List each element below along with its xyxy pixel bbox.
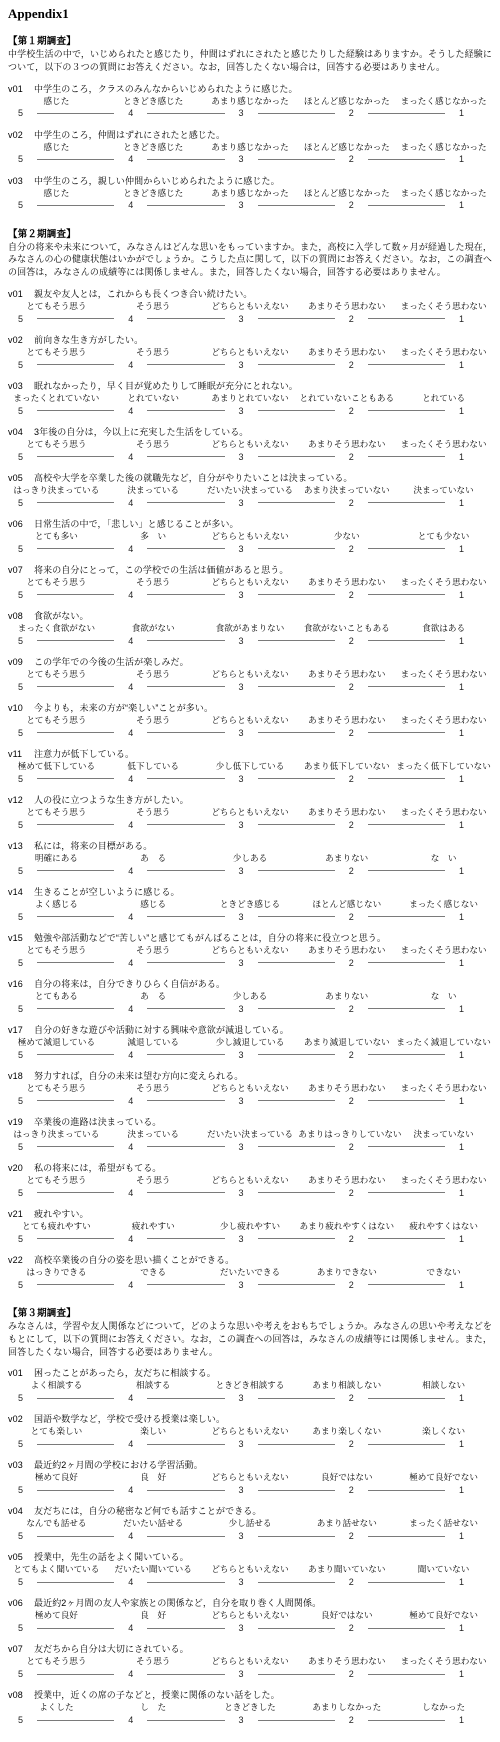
answer-option-label: どちらともいえない [202, 1656, 299, 1668]
answer-option-label: ときどき感じた [105, 142, 202, 154]
scale-line [37, 1146, 114, 1147]
answer-option-label: な い [395, 853, 492, 865]
rating-scale-row: 54321 [8, 450, 492, 463]
answer-labels-row: はっきり決まっている決まっているだいたい決まっているあまり決まっていない決まって… [8, 485, 492, 497]
question-block: v07友だちから自分は大切にされている。とてもそう思うそう思うどちらともいえない… [8, 1643, 492, 1680]
scale-number: 3 [239, 108, 244, 118]
question-text: 私の将来には，希望がもてる。 [34, 1163, 161, 1173]
scale-line [258, 640, 335, 641]
scale-number: 1 [459, 1280, 464, 1290]
rating-scale-row: 54321 [8, 864, 492, 877]
question-text: 注意力が低下している。 [34, 749, 134, 759]
answer-option-label: はっきりできる [8, 1267, 105, 1279]
answer-option-label: 感じた [8, 142, 105, 154]
scale-number: 3 [239, 1234, 244, 1244]
question-text: 授業中，先生の話をよく聞いている。 [34, 1552, 189, 1562]
scale-number: 4 [128, 866, 133, 876]
answer-option-label: どちらともいえない [202, 1472, 299, 1484]
scale-number: 1 [459, 1234, 464, 1244]
question-text: 高校や大学を卒業した後の就職先など，自分がやりたいことは決まっている。 [34, 473, 353, 483]
scale-line [37, 1444, 114, 1445]
scale-number: 5 [18, 728, 23, 738]
answer-option-label: できない [395, 1267, 492, 1279]
question-text: 日常生活の中で，「悲しい」と感じることが多い。 [34, 519, 239, 529]
question-id: v20 [8, 1162, 34, 1174]
answer-option-label: まったくそう思わない [395, 347, 492, 359]
scale-line [258, 1490, 335, 1491]
question-line: v08授業中，近くの席の子などと，授業に関係のない話をした。 [8, 1689, 492, 1701]
scale-line [37, 410, 114, 411]
scale-line [37, 1536, 114, 1537]
question-id: v07 [8, 564, 34, 576]
rating-scale-row: 54321 [8, 1002, 492, 1015]
question-block: v03中学生のころ，親しい仲間からいじめられたように感じた。感じたときどき感じた… [8, 175, 492, 212]
scale-number: 1 [459, 108, 464, 118]
scale-line [37, 1720, 114, 1721]
rating-scale-row: 54321 [8, 542, 492, 555]
scale-line [368, 113, 445, 114]
answer-option-label: まったくそう思わない [395, 669, 492, 681]
rating-scale-row: 54321 [8, 358, 492, 371]
scale-line [37, 205, 114, 206]
answer-option-label: 少し低下している [202, 761, 299, 773]
answer-option-label: どちらともいえない [202, 531, 299, 543]
scale-number: 1 [459, 498, 464, 508]
answer-option-label: よく相談する [8, 1380, 105, 1392]
answer-labels-row: 極めて低下している低下している少し低下しているあまり低下していないまったく低下し… [8, 761, 492, 773]
scale-number: 4 [128, 154, 133, 164]
scale-number: 1 [459, 912, 464, 922]
question-text: 3年後の自分は，今以上に充実した生活をしている。 [34, 427, 248, 437]
scale-number: 3 [239, 1485, 244, 1495]
scale-number: 1 [459, 314, 464, 324]
question-block: v11注意力が低下している。極めて低下している低下している少し低下しているあまり… [8, 748, 492, 785]
rating-scale-row: 54321 [8, 956, 492, 969]
answer-labels-row: まったくとれていないとれていないあまりとれていないとれていないこともあるとれてい… [8, 393, 492, 405]
scale-number: 2 [349, 544, 354, 554]
answer-labels-row: 極めて減退している減退している少し減退しているあまり減退していないまったく減退し… [8, 1037, 492, 1049]
scale-line [258, 502, 335, 503]
scale-number: 3 [239, 1669, 244, 1679]
question-text: 自分の将来は，自分できりひらく自信がある。 [34, 979, 225, 989]
scale-number: 1 [459, 636, 464, 646]
question-line: v16自分の将来は，自分できりひらく自信がある。 [8, 978, 492, 990]
scale-number: 2 [349, 636, 354, 646]
scale-number: 4 [128, 1142, 133, 1152]
answer-option-label: とてもそう思う [8, 1656, 105, 1668]
answer-labels-row: 極めて良好良 好どちらともいえない良好ではない極めて良好でない [8, 1610, 492, 1622]
scale-line [258, 1054, 335, 1055]
question-line: v05授業中，先生の話をよく聞いている。 [8, 1551, 492, 1563]
scale-number: 2 [349, 820, 354, 830]
answer-option-label: 良 好 [105, 1472, 202, 1484]
answer-option-label: そう思う [105, 807, 202, 819]
scale-number: 5 [18, 406, 23, 416]
scale-number: 3 [239, 1623, 244, 1633]
question-id: v12 [8, 794, 34, 806]
scale-line [37, 1054, 114, 1055]
scale-number: 5 [18, 1188, 23, 1198]
scale-number: 4 [128, 1439, 133, 1449]
scale-number: 5 [18, 200, 23, 210]
answer-labels-row: 感じたときどき感じたあまり感じなかったほとんど感じなかったまったく感じなかった [8, 142, 492, 154]
scale-number: 1 [459, 1669, 464, 1679]
scale-number: 2 [349, 200, 354, 210]
question-text: 困ったことがあったら，友だちに相談する。 [34, 1368, 216, 1378]
question-block: v02国語や数学など，学校で受ける授業は楽しい。とても楽しい楽しいどちらともいえ… [8, 1413, 492, 1450]
scale-line [258, 410, 335, 411]
scale-number: 2 [349, 108, 354, 118]
scale-number: 3 [239, 958, 244, 968]
scale-number: 3 [239, 544, 244, 554]
question-text: 生きることが空しいように感じる。 [34, 887, 180, 897]
answer-option-label: とてもそう思う [8, 807, 105, 819]
scale-number: 2 [349, 1142, 354, 1152]
scale-number: 3 [239, 1715, 244, 1725]
scale-number: 2 [349, 314, 354, 324]
answer-option-label: あまりそう思わない [298, 669, 395, 681]
answer-option-label: まったくそう思わない [395, 577, 492, 589]
scale-line [147, 113, 224, 114]
scale-line [258, 1008, 335, 1009]
scale-line [258, 1674, 335, 1675]
scale-number: 1 [459, 1623, 464, 1633]
answer-option-label: 食欲がないこともある [298, 623, 395, 635]
answer-option-label: とても楽しい [8, 1426, 105, 1438]
scale-number: 5 [18, 1531, 23, 1541]
answer-option-label: あまりそう思わない [298, 301, 395, 313]
answer-labels-row: とてもそう思うそう思うどちらともいえないあまりそう思わないまったくそう思わない [8, 1175, 492, 1187]
scale-line [37, 916, 114, 917]
scale-number: 2 [349, 1004, 354, 1014]
question-text: 友だちから自分は大切にされている。 [34, 1644, 189, 1654]
question-text: 勉強や部活動などで“苦しい”と感じてもがんばることは，自分の将来に役立つと思う。 [34, 933, 386, 943]
answer-option-label: そう思う [105, 577, 202, 589]
scale-line [37, 318, 114, 319]
scale-number: 1 [459, 1004, 464, 1014]
scale-number: 2 [349, 1096, 354, 1106]
answer-option-label: 良好ではない [298, 1610, 395, 1622]
answer-option-label: あまり感じなかった [202, 96, 299, 108]
answer-option-label: なんでも話せる [8, 1518, 105, 1530]
question-text: 中学生のころ，親しい仲間からいじめられたように感じた。 [34, 176, 280, 186]
rating-scale-row: 54321 [8, 726, 492, 739]
scale-number: 1 [459, 866, 464, 876]
scale-line [37, 364, 114, 365]
scale-number: 5 [18, 1577, 23, 1587]
scale-number: 2 [349, 1280, 354, 1290]
answer-option-label: まったく感じない [395, 899, 492, 911]
document-page: Appendix1 【第１期調査】中学校生活の中で，いじめられたと感じたり，仲間… [0, 0, 500, 1738]
question-line: v02中学生のころ，仲間はずれにされたと感じた。 [8, 129, 492, 141]
scale-line [147, 364, 224, 365]
scale-number: 5 [18, 866, 23, 876]
scale-line [258, 1536, 335, 1537]
answer-option-label: 少し疲れやすい [202, 1221, 299, 1233]
answer-option-label: 極めて良好 [8, 1472, 105, 1484]
scale-number: 3 [239, 1188, 244, 1198]
scale-line [147, 640, 224, 641]
answer-labels-row: とてもそう思うそう思うどちらともいえないあまりそう思わないまったくそう思わない [8, 301, 492, 313]
scale-number: 5 [18, 912, 23, 922]
scale-number: 4 [128, 1669, 133, 1679]
scale-number: 4 [128, 958, 133, 968]
scale-line [368, 686, 445, 687]
scale-line [147, 1582, 224, 1583]
scale-number: 5 [18, 1669, 23, 1679]
scale-number: 4 [128, 1623, 133, 1633]
scale-number: 2 [349, 406, 354, 416]
question-text: 前向きな生き方がしたい。 [34, 335, 143, 345]
scale-number: 5 [18, 1439, 23, 1449]
question-block: v07将来の自分にとって，この学校での生活は価値があると思う。とてもそう思うそう… [8, 564, 492, 601]
scale-number: 5 [18, 1623, 23, 1633]
answer-option-label: あまりしなかった [298, 1702, 395, 1714]
scale-line [258, 916, 335, 917]
scale-line [258, 1146, 335, 1147]
scale-line [147, 1284, 224, 1285]
scale-number: 5 [18, 636, 23, 646]
question-line: v18努力すれば，自分の未来は望む方向に変えられる。 [8, 1070, 492, 1082]
scale-line [147, 1536, 224, 1537]
scale-number: 1 [459, 1050, 464, 1060]
scale-number: 3 [239, 154, 244, 164]
question-id: v01 [8, 83, 34, 95]
scale-line [368, 870, 445, 871]
answer-option-label: どちらともいえない [202, 1564, 299, 1576]
scale-number: 2 [349, 360, 354, 370]
answer-labels-row: とてもそう思うそう思うどちらともいえないあまりそう思わないまったくそう思わない [8, 1083, 492, 1095]
question-id: v01 [8, 1367, 34, 1379]
scale-line [37, 1008, 114, 1009]
answer-option-label: あ る [105, 853, 202, 865]
question-block: v02中学生のころ，仲間はずれにされたと感じた。感じたときどき感じたあまり感じな… [8, 129, 492, 166]
answer-option-label: 決まっている [105, 485, 202, 497]
scale-number: 3 [239, 360, 244, 370]
scale-number: 2 [349, 912, 354, 922]
answer-option-label: だいたい聞いている [105, 1564, 202, 1576]
scale-line [37, 548, 114, 549]
answer-option-label: 相談しない [395, 1380, 492, 1392]
question-text: 努力すれば，自分の未来は望む方向に変えられる。 [34, 1071, 243, 1081]
scale-line [37, 1238, 114, 1239]
question-block: v16自分の将来は，自分できりひらく自信がある。とてもあるあ る少しあるあまりな… [8, 978, 492, 1015]
scale-line [258, 1238, 335, 1239]
question-line: v01中学生のころ，クラスのみんなからいじめられたように感じた。 [8, 83, 492, 95]
question-text: 将来の自分にとって，この学校での生活は価値があると思う。 [34, 565, 288, 575]
answer-labels-row: 感じたときどき感じたあまり感じなかったほとんど感じなかったまったく感じなかった [8, 96, 492, 108]
answer-option-label: どちらともいえない [202, 669, 299, 681]
scale-number: 2 [349, 1669, 354, 1679]
scale-line [147, 205, 224, 206]
scale-line [37, 1628, 114, 1629]
answer-option-label: あまりそう思わない [298, 1083, 395, 1095]
scale-number: 4 [128, 452, 133, 462]
scale-number: 2 [349, 1050, 354, 1060]
rating-scale-row: 54321 [8, 680, 492, 693]
answer-option-label: とてもそう思う [8, 301, 105, 313]
answer-option-label: そう思う [105, 439, 202, 451]
question-line: v22高校卒業後の自分の姿を思い描くことができる。 [8, 1254, 492, 1266]
answer-option-label: 少しある [202, 991, 299, 1003]
answer-labels-row: よくしたし たときどきしたあまりしなかったしなかった [8, 1702, 492, 1714]
question-text: 自分の好きな遊びや活動に対する興味や意欲が減退している。 [34, 1025, 289, 1035]
question-block: v03最近約2ヶ月間の学校における学習活動。極めて良好良 好どちらともいえない良… [8, 1459, 492, 1496]
scale-number: 4 [128, 1004, 133, 1014]
answer-option-label: できる [105, 1267, 202, 1279]
answer-option-label: だいたい決まっている [202, 1129, 299, 1141]
scale-number: 5 [18, 1096, 23, 1106]
answer-labels-row: とても疲れやすい疲れやすい少し疲れやすいあまり疲れやすくはない疲れやすくはない [8, 1221, 492, 1233]
scale-number: 2 [349, 1234, 354, 1244]
question-text: 食欲がない。 [34, 611, 89, 621]
scale-line [147, 159, 224, 160]
answer-option-label: 楽しくない [395, 1426, 492, 1438]
scale-number: 2 [349, 774, 354, 784]
question-id: v22 [8, 1254, 34, 1266]
scale-number: 3 [239, 682, 244, 692]
answer-option-label: あまりそう思わない [298, 347, 395, 359]
scale-number: 4 [128, 820, 133, 830]
section-intro: みなさんは，学習や友人関係などについて，どのような思いや考えをおもちでしょうか。… [8, 1320, 492, 1358]
answer-option-label: あまりそう思わない [298, 807, 395, 819]
rating-scale-row: 54321 [8, 199, 492, 212]
answer-option-label: 食欲はある [395, 623, 492, 635]
scale-number: 4 [128, 1531, 133, 1541]
answer-labels-row: まったく食欲がない食欲がない食欲があまりない食欲がないこともある食欲はある [8, 623, 492, 635]
answer-option-label: あまり決まっていない [298, 485, 395, 497]
scale-number: 1 [459, 154, 464, 164]
question-line: v15勉強や部活動などで“苦しい”と感じてもがんばることは，自分の将来に役立つと… [8, 932, 492, 944]
question-id: v06 [8, 1597, 34, 1609]
scale-number: 3 [239, 912, 244, 922]
question-block: v06最近約2ヶ月間の友人や家族との関係など，自分を取り巻く人間関係。極めて良好… [8, 1597, 492, 1634]
scale-line [258, 824, 335, 825]
answer-option-label: とてもそう思う [8, 347, 105, 359]
answer-option-label: どちらともいえない [202, 715, 299, 727]
scale-number: 4 [128, 1188, 133, 1198]
answer-option-label: あまり楽しくない [298, 1426, 395, 1438]
scale-line [368, 456, 445, 457]
scale-number: 5 [18, 498, 23, 508]
scale-line [368, 364, 445, 365]
answer-option-label: 食欲があまりない [202, 623, 299, 635]
scale-number: 3 [239, 590, 244, 600]
question-line: v04友だちには，自分の秘密など何でも話すことができる。 [8, 1505, 492, 1517]
answer-option-label: とてもよく聞いている [8, 1564, 105, 1576]
question-line: v06日常生活の中で，「悲しい」と感じることが多い。 [8, 518, 492, 530]
question-line: v19卒業後の進路は決まっている。 [8, 1116, 492, 1128]
scale-number: 1 [459, 406, 464, 416]
answer-labels-row: 明確にあるあ る少しあるあまりないな い [8, 853, 492, 865]
answer-option-label: とてもそう思う [8, 1175, 105, 1187]
question-block: v06日常生活の中で，「悲しい」と感じることが多い。とても多い多 いどちらともい… [8, 518, 492, 555]
answer-option-label: 楽しい [105, 1426, 202, 1438]
answer-option-label: だいたい決まっている [202, 485, 299, 497]
question-id: v17 [8, 1024, 34, 1036]
scale-line [368, 962, 445, 963]
answer-option-label: あ る [105, 991, 202, 1003]
scale-number: 3 [239, 1393, 244, 1403]
rating-scale-row: 54321 [8, 496, 492, 509]
answer-option-label: どちらともいえない [202, 1610, 299, 1622]
answer-option-label: 相談する [105, 1380, 202, 1392]
question-text: 友だちには，自分の秘密など何でも話すことができる。 [34, 1506, 262, 1516]
answer-option-label: だいたい話せる [105, 1518, 202, 1530]
answer-option-label: とてもそう思う [8, 577, 105, 589]
answer-option-label: あまりそう思わない [298, 1175, 395, 1187]
scale-number: 5 [18, 1393, 23, 1403]
scale-number: 5 [18, 1142, 23, 1152]
scale-number: 5 [18, 682, 23, 692]
scale-number: 2 [349, 498, 354, 508]
answer-option-label: とても疲れやすい [8, 1221, 105, 1233]
answer-option-label: とてもそう思う [8, 1083, 105, 1095]
scale-line [258, 364, 335, 365]
answer-option-label: 感じた [8, 96, 105, 108]
question-block: v10今よりも，未来の方が“楽しい”ことが多い。とてもそう思うそう思うどちらとも… [8, 702, 492, 739]
answer-option-label: そう思う [105, 1083, 202, 1095]
answer-option-label: あまりそう思わない [298, 577, 395, 589]
scale-line [368, 916, 445, 917]
answer-option-label: はっきり決まっている [8, 485, 105, 497]
question-id: v03 [8, 380, 34, 392]
scale-number: 1 [459, 360, 464, 370]
answer-option-label: まったくとれていない [8, 393, 105, 405]
scale-number: 5 [18, 360, 23, 370]
question-id: v15 [8, 932, 34, 944]
question-id: v08 [8, 610, 34, 622]
answer-option-label: あまり感じなかった [202, 142, 299, 154]
question-line: v01困ったことがあったら，友だちに相談する。 [8, 1367, 492, 1379]
answer-option-label: 感じた [8, 188, 105, 200]
rating-scale-row: 54321 [8, 153, 492, 166]
answer-option-label: あまりそう思わない [298, 439, 395, 451]
scale-line [37, 456, 114, 457]
question-id: v01 [8, 288, 34, 300]
scale-line [147, 1398, 224, 1399]
answer-option-label: どちらともいえない [202, 347, 299, 359]
scale-line [368, 410, 445, 411]
question-block: v043年後の自分は，今以上に充実した生活をしている。とてもそう思うそう思うどち… [8, 426, 492, 463]
scale-line [147, 1490, 224, 1491]
answer-option-label: あまりない [298, 853, 395, 865]
answer-option-label: 疲れやすい [105, 1221, 202, 1233]
scale-number: 3 [239, 1280, 244, 1290]
question-text: 私には，将来の目標がある。 [34, 841, 152, 851]
section-heading: 【第１期調査】 [8, 35, 492, 48]
rating-scale-row: 54321 [8, 1278, 492, 1291]
question-line: v07友だちから自分は大切にされている。 [8, 1643, 492, 1655]
answer-labels-row: とてもそう思うそう思うどちらともいえないあまりそう思わないまったくそう思わない [8, 347, 492, 359]
answer-option-label: 決まっていない [395, 485, 492, 497]
scale-number: 3 [239, 774, 244, 784]
answer-labels-row: とてもよく聞いているだいたい聞いているどちらともいえないあまり聞いていない聞いて… [8, 1564, 492, 1576]
scale-number: 1 [459, 1142, 464, 1152]
answer-option-label: とてもそう思う [8, 669, 105, 681]
answer-option-label: まったくそう思わない [395, 439, 492, 451]
survey-section: 【第１期調査】中学校生活の中で，いじめられたと感じたり，仲間はずれにされたと感じ… [8, 35, 492, 212]
scale-line [258, 205, 335, 206]
answer-option-label: とれていないこともある [298, 393, 395, 405]
scale-line [258, 778, 335, 779]
answer-option-label: あまりできない [298, 1267, 395, 1279]
rating-scale-row: 54321 [8, 772, 492, 785]
answer-option-label: とても多い [8, 531, 105, 543]
scale-line [37, 1582, 114, 1583]
answer-option-label: 極めて低下している [8, 761, 105, 773]
question-id: v05 [8, 1551, 34, 1563]
